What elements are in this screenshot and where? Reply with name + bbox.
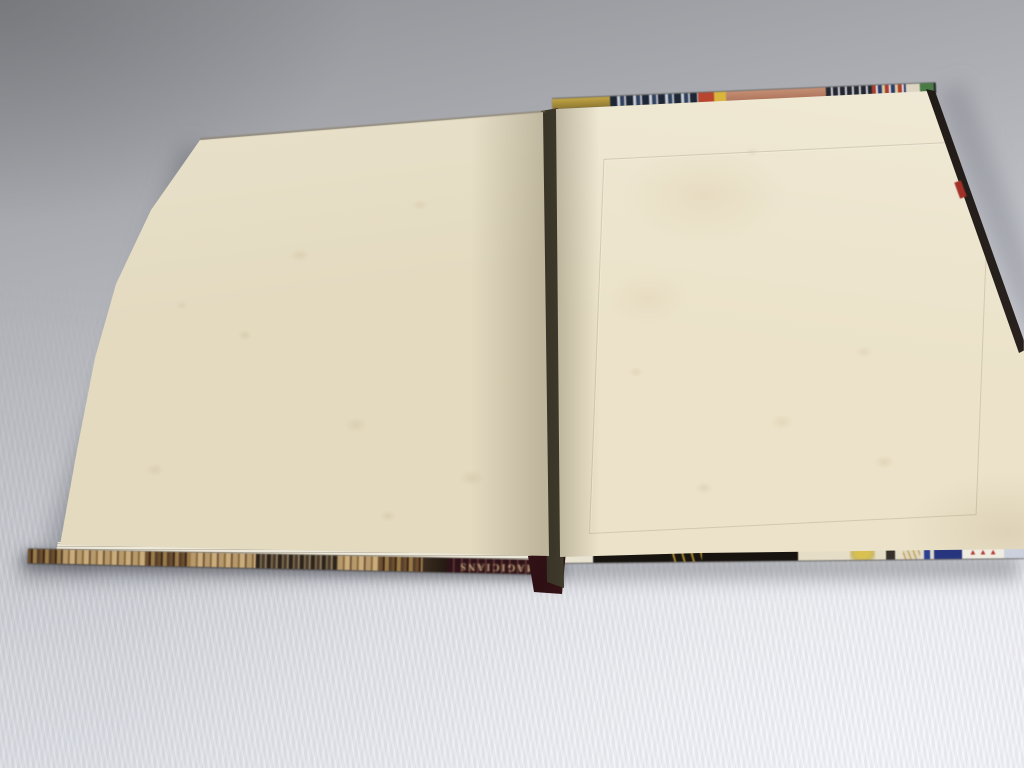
cover-edge-segment bbox=[423, 558, 447, 573]
cover-edge-segment bbox=[191, 553, 256, 568]
photo-open-book-scene: ▲ ▲ ▲ MAGICIANS bbox=[0, 0, 1024, 768]
cover-edge-segment bbox=[256, 554, 338, 570]
cover-edge-segment bbox=[714, 92, 726, 102]
cover-edge-segment bbox=[338, 556, 380, 571]
cover-edge-segment bbox=[28, 549, 63, 564]
cover-edge-segment bbox=[63, 550, 146, 566]
cover-edge-segment bbox=[698, 92, 714, 103]
cover-edge-segment bbox=[146, 552, 191, 567]
cover-edge-segment bbox=[380, 557, 423, 572]
embossed-border-line bbox=[589, 140, 991, 534]
